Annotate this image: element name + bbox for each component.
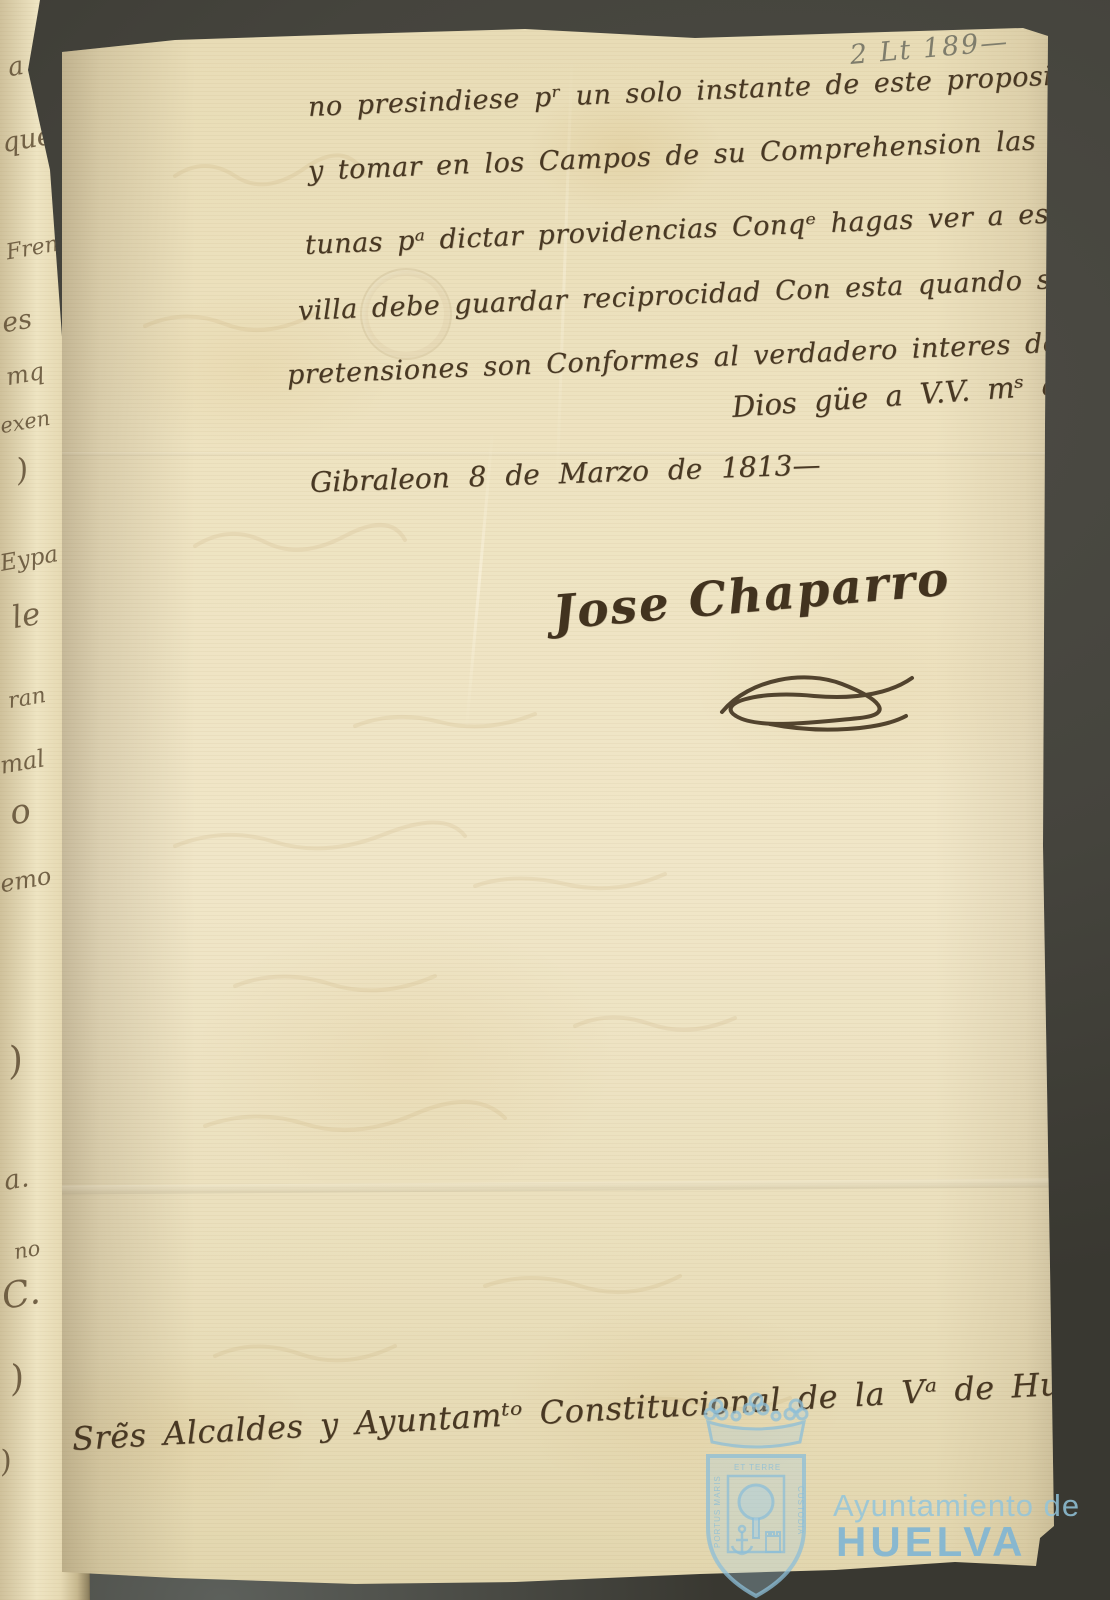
page-fragment: mal: [0, 744, 47, 779]
manuscript-line: tunas pᵃ dictar providencias Conqᵉ hagas…: [304, 198, 1066, 261]
page-fragment: es: [0, 304, 34, 340]
page-fragment: a: [6, 51, 26, 83]
page-fragment: o: [7, 791, 34, 834]
address-line: Srẽs Alcaldes y Ayuntamᵗᵒ Constitucional…: [71, 1361, 1110, 1458]
page-fragment: que: [0, 120, 55, 159]
page-fragment: Eypa: [0, 541, 60, 577]
crest-motto-left: PORTUS MARIS: [713, 1475, 722, 1548]
bleedthrough-marks: [55, 26, 1055, 1588]
page-fragment: Fren: [4, 232, 61, 266]
page-fragment: ran: [6, 683, 48, 714]
page-fragment: ): [13, 451, 31, 489]
manuscript-page: 2 Lt 189— no presindiese pʳ un solo inst…: [55, 26, 1055, 1588]
page-fragment: mq: [4, 357, 46, 391]
crown-shape: [705, 1394, 807, 1447]
page-fragment: emo: [0, 862, 53, 899]
crest-motto-top: ET TERRE: [734, 1463, 781, 1472]
archive-scan: a que Fren es mq exen ) Eypa le ran mal …: [0, 0, 1110, 1600]
signature: Jose Chaparro: [551, 551, 953, 641]
valediction-line: Dios güe a V.V. mˢ aˢ.: [731, 366, 1079, 424]
fold-crease-horizontal: [55, 452, 1055, 456]
fold-crease-vertical: [555, 56, 573, 486]
manuscript-line: no presindiese pʳ un solo instante de es…: [307, 59, 1090, 123]
page-fragment: le: [9, 596, 43, 636]
page-fragment: a.: [1, 1162, 31, 1197]
page-fragment: ): [0, 1443, 15, 1480]
page-fragment: ): [4, 1037, 26, 1083]
page-fragment: ): [7, 1357, 28, 1400]
huelva-crest-icon: ET TERRE PORTUS MARIS CUSTODIA: [696, 1390, 816, 1600]
crest-motto-right: CUSTODIA: [796, 1486, 805, 1535]
fold-crease-horizontal: [55, 1179, 1055, 1195]
page-fragment: C.: [0, 1271, 43, 1318]
manuscript-line: y tomar en los Campos de su Comprehensio…: [307, 116, 1110, 187]
watermark-city: HUELVA: [836, 1518, 1026, 1566]
page-fragment: no: [12, 1236, 42, 1264]
page-fragment: exen: [0, 406, 52, 438]
signature-rubric: [710, 664, 920, 739]
